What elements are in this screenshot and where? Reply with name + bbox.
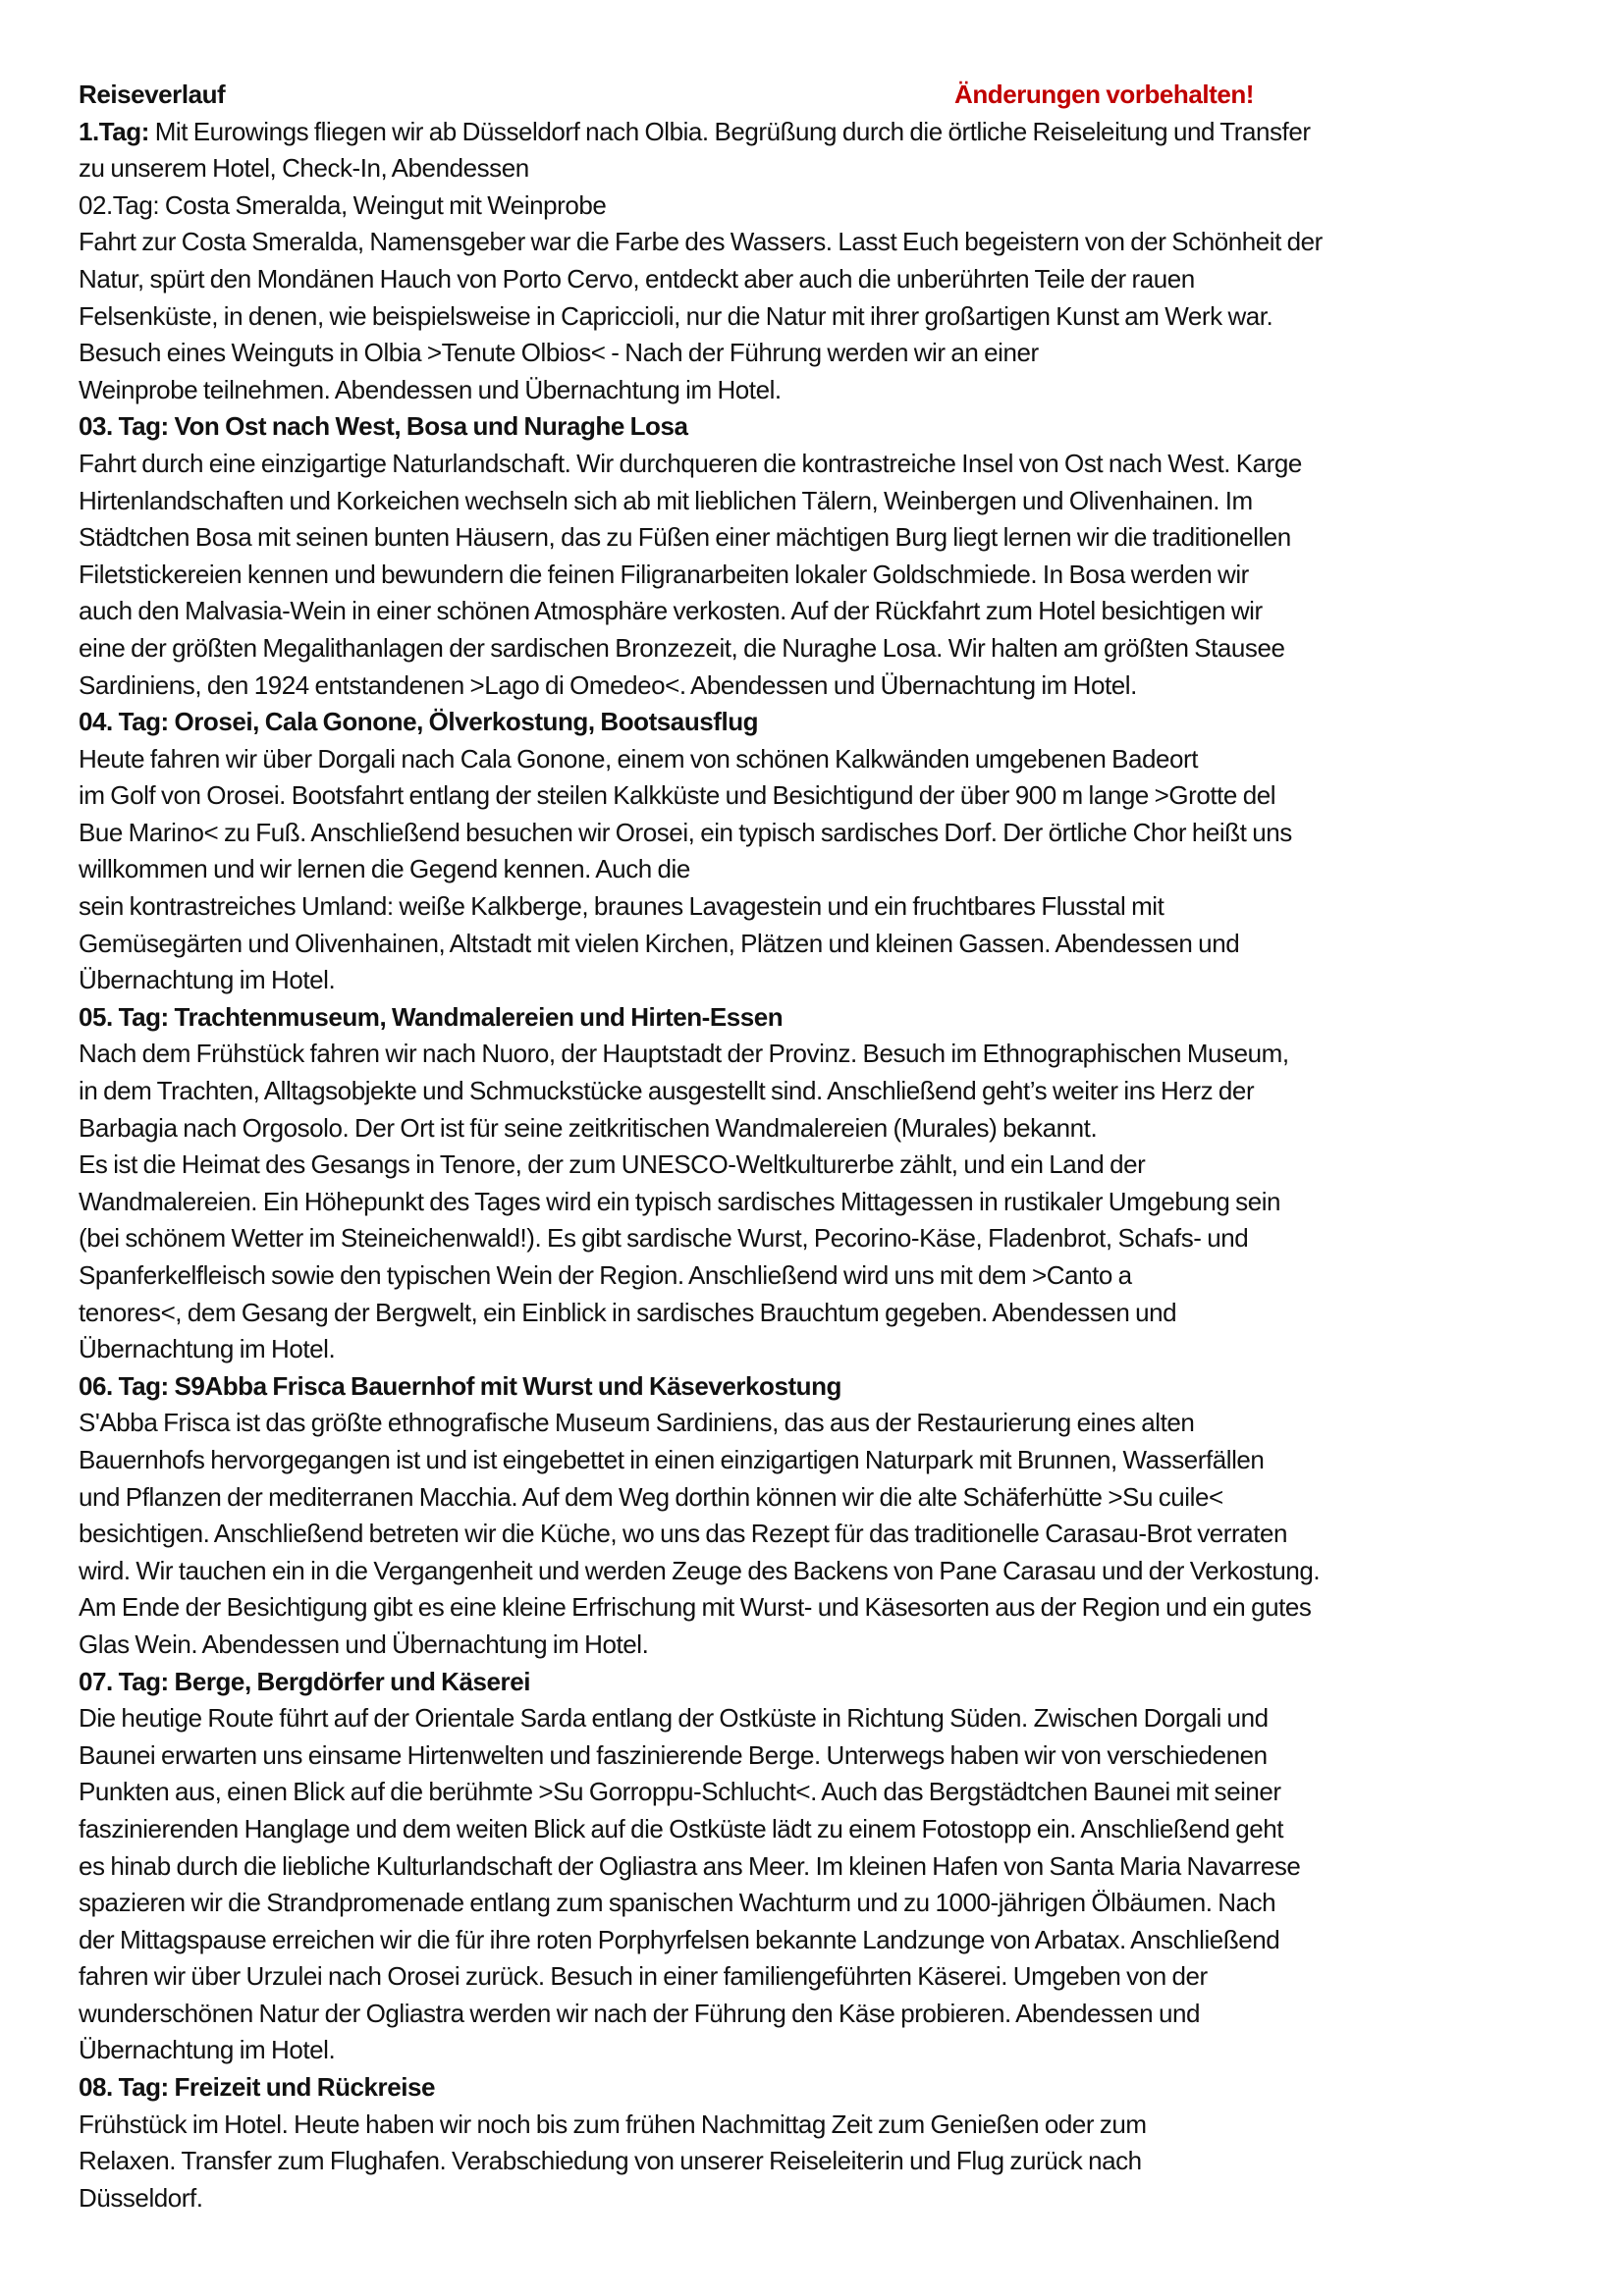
day-heading: 1.Tag:: [79, 117, 149, 146]
day-text-line: Gemüsegärten und Olivenhainen, Altstadt …: [79, 926, 1571, 963]
day-text: Übernachtung im Hotel.: [79, 1334, 335, 1363]
day-text: 02.Tag: Costa Smeralda, Weingut mit Wein…: [79, 190, 606, 220]
day-text-line: Übernachtung im Hotel.: [79, 2032, 1571, 2069]
day-text-line: Sardiniens, den 1924 entstandenen >Lago …: [79, 667, 1571, 705]
day-heading-line: 04. Tag: Orosei, Cala Gonone, Ölverkostu…: [79, 704, 1571, 741]
itinerary-document: Reiseverlauf Änderungen vorbehalten! 1.T…: [79, 77, 1571, 2216]
day-heading: 03. Tag: Von Ost nach West, Bosa und Nur…: [79, 411, 688, 441]
day-text: Punkten aus, einen Blick auf die berühmt…: [79, 1777, 1281, 1806]
day-heading: 07. Tag: Berge, Bergdörfer und Käserei: [79, 1667, 530, 1696]
day-text: Felsenküste, in denen, wie beispielsweis…: [79, 301, 1272, 331]
day-text-line: in dem Trachten, Alltagsobjekte und Schm…: [79, 1073, 1571, 1110]
day-text: in dem Trachten, Alltagsobjekte und Schm…: [79, 1076, 1254, 1105]
day-text-line: sein kontrastreiches Umland: weiße Kalkb…: [79, 888, 1571, 926]
day-text: auch den Malvasia-Wein in einer schönen …: [79, 596, 1263, 625]
day-heading: 08. Tag: Freizeit und Rückreise: [79, 2072, 435, 2102]
day-text-line: auch den Malvasia-Wein in einer schönen …: [79, 593, 1571, 630]
day-text: Fahrt zur Costa Smeralda, Namensgeber wa…: [79, 227, 1323, 256]
day-text: sein kontrastreiches Umland: weiße Kalkb…: [79, 891, 1164, 921]
day-text-line: eine der größten Megalithanlagen der sar…: [79, 630, 1571, 667]
day-text-line: Weinprobe teilnehmen. Abendessen und Übe…: [79, 372, 1571, 409]
day-text-line: Besuch eines Weinguts in Olbia >Tenute O…: [79, 335, 1571, 372]
day-section: 07. Tag: Berge, Bergdörfer und KäsereiDi…: [79, 1664, 1571, 2070]
day-text: (bei schönem Wetter im Steineichenwald!)…: [79, 1223, 1248, 1253]
day-text: Barbagia nach Orgosolo. Der Ort ist für …: [79, 1113, 1097, 1143]
day-text: eine der größten Megalithanlagen der sar…: [79, 633, 1284, 663]
day-text: Glas Wein. Abendessen und Übernachtung i…: [79, 1629, 648, 1659]
document-title: Reiseverlauf: [79, 80, 225, 109]
day-text: Natur, spürt den Mondänen Hauch von Port…: [79, 264, 1195, 294]
day-text-line: Nach dem Frühstück fahren wir nach Nuoro…: [79, 1036, 1571, 1073]
day-text: wunderschönen Natur der Ogliastra werden…: [79, 1999, 1200, 2028]
day-text: Städtchen Bosa mit seinen bunten Häusern…: [79, 522, 1291, 552]
day-text-line: fahren wir über Urzulei nach Orosei zurü…: [79, 1958, 1571, 1996]
day-text: Es ist die Heimat des Gesangs in Tenore,…: [79, 1149, 1145, 1179]
day-text-line: faszinierenden Hanglage und dem weiten B…: [79, 1811, 1571, 1848]
day-text-line: Übernachtung im Hotel.: [79, 962, 1571, 999]
day-heading-line: 1.Tag: Mit Eurowings fliegen wir ab Düss…: [79, 114, 1571, 151]
day-section: 02.Tag: Costa Smeralda, Weingut mit Wein…: [79, 187, 1571, 409]
day-text: besichtigen. Anschließend betreten wir d…: [79, 1519, 1287, 1548]
day-text-line: Spanferkelfleisch sowie den typischen We…: [79, 1257, 1571, 1295]
day-text-line: Filetstickereien kennen und bewundern di…: [79, 557, 1571, 594]
day-text: Fahrt durch eine einzigartige Naturlands…: [79, 449, 1302, 478]
day-text: faszinierenden Hanglage und dem weiten B…: [79, 1814, 1283, 1843]
day-text-line: Relaxen. Transfer zum Flughafen. Verabsc…: [79, 2143, 1571, 2180]
day-text-line: Frühstück im Hotel. Heute haben wir noch…: [79, 2107, 1571, 2144]
day-text: Spanferkelfleisch sowie den typischen We…: [79, 1260, 1132, 1290]
day-text-line: der Mittagspause erreichen wir die für i…: [79, 1922, 1571, 1959]
day-text: wird. Wir tauchen ein in die Vergangenhe…: [79, 1556, 1320, 1585]
day-text: Übernachtung im Hotel.: [79, 2035, 335, 2064]
day-text: Düsseldorf.: [79, 2183, 203, 2213]
day-text-line: S'Abba Frisca ist das größte ethnografis…: [79, 1405, 1571, 1442]
day-section: 05. Tag: Trachtenmuseum, Wandmalereien u…: [79, 999, 1571, 1368]
day-text-line: willkommen und wir lernen die Gegend ken…: [79, 851, 1571, 888]
day-text-line: Natur, spürt den Mondänen Hauch von Port…: [79, 261, 1571, 298]
day-text: Frühstück im Hotel. Heute haben wir noch…: [79, 2109, 1147, 2139]
day-text-line: Fahrt durch eine einzigartige Naturlands…: [79, 446, 1571, 483]
day-text: Nach dem Frühstück fahren wir nach Nuoro…: [79, 1039, 1289, 1068]
day-section: 1.Tag: Mit Eurowings fliegen wir ab Düss…: [79, 114, 1571, 187]
day-text-line: Hirtenlandschaften und Korkeichen wechse…: [79, 483, 1571, 520]
day-text: zu unserem Hotel, Check-In, Abendessen: [79, 153, 529, 183]
day-text: Übernachtung im Hotel.: [79, 965, 335, 994]
day-text-line: Die heutige Route führt auf der Oriental…: [79, 1700, 1571, 1737]
day-text-line: Es ist die Heimat des Gesangs in Tenore,…: [79, 1147, 1571, 1184]
day-text: Am Ende der Besichtigung gibt es eine kl…: [79, 1592, 1311, 1622]
day-text: Besuch eines Weinguts in Olbia >Tenute O…: [79, 338, 1039, 367]
day-section: 04. Tag: Orosei, Cala Gonone, Ölverkostu…: [79, 704, 1571, 999]
day-heading-line: 05. Tag: Trachtenmuseum, Wandmalereien u…: [79, 999, 1571, 1037]
changes-reserved-notice: Änderungen vorbehalten!: [954, 77, 1254, 114]
day-text-line: es hinab durch die liebliche Kulturlands…: [79, 1848, 1571, 1886]
day-text-line: besichtigen. Anschließend betreten wir d…: [79, 1516, 1571, 1553]
day-heading: 05. Tag: Trachtenmuseum, Wandmalereien u…: [79, 1002, 783, 1032]
day-text: der Mittagspause erreichen wir die für i…: [79, 1925, 1279, 1954]
day-section: 06. Tag: S9Abba Frisca Bauernhof mit Wur…: [79, 1368, 1571, 1664]
day-text: Sardiniens, den 1924 entstandenen >Lago …: [79, 670, 1137, 700]
day-text-line: spazieren wir die Strandpromenade entlan…: [79, 1885, 1571, 1922]
day-text-line: und Pflanzen der mediterranen Macchia. A…: [79, 1479, 1571, 1517]
day-section: 03. Tag: Von Ost nach West, Bosa und Nur…: [79, 408, 1571, 704]
day-text-line: Fahrt zur Costa Smeralda, Namensgeber wa…: [79, 224, 1571, 261]
day-text: und Pflanzen der mediterranen Macchia. A…: [79, 1482, 1223, 1512]
day-text-line: (bei schönem Wetter im Steineichenwald!)…: [79, 1220, 1571, 1257]
day-heading-line: 03. Tag: Von Ost nach West, Bosa und Nur…: [79, 408, 1571, 446]
day-text: S'Abba Frisca ist das größte ethnografis…: [79, 1408, 1194, 1437]
day-text-line: Bue Marino< zu Fuß. Anschließend besuche…: [79, 815, 1571, 852]
day-text: Heute fahren wir über Dorgali nach Cala …: [79, 744, 1198, 774]
day-list: 1.Tag: Mit Eurowings fliegen wir ab Düss…: [79, 114, 1571, 2217]
day-text: Gemüsegärten und Olivenhainen, Altstadt …: [79, 929, 1239, 958]
day-heading-line: 02.Tag: Costa Smeralda, Weingut mit Wein…: [79, 187, 1571, 225]
day-text: Bauernhofs hervorgegangen ist und ist ei…: [79, 1445, 1264, 1474]
day-text-line: tenores<, dem Gesang der Bergwelt, ein E…: [79, 1295, 1571, 1332]
day-text-line: Punkten aus, einen Blick auf die berühmt…: [79, 1774, 1571, 1811]
day-heading: 06. Tag: S9Abba Frisca Bauernhof mit Wur…: [79, 1371, 841, 1401]
day-heading-line: 06. Tag: S9Abba Frisca Bauernhof mit Wur…: [79, 1368, 1571, 1406]
day-text-line: Städtchen Bosa mit seinen bunten Häusern…: [79, 519, 1571, 557]
day-text-line: wunderschönen Natur der Ogliastra werden…: [79, 1996, 1571, 2033]
day-text-line: zu unserem Hotel, Check-In, Abendessen: [79, 150, 1571, 187]
day-text: Filetstickereien kennen und bewundern di…: [79, 560, 1249, 589]
day-text: spazieren wir die Strandpromenade entlan…: [79, 1888, 1275, 1917]
day-text-line: Baunei erwarten uns einsame Hirtenwelten…: [79, 1737, 1571, 1775]
header-row: Reiseverlauf Änderungen vorbehalten!: [79, 77, 1571, 114]
day-text-line: Barbagia nach Orgosolo. Der Ort ist für …: [79, 1110, 1571, 1148]
day-text: Weinprobe teilnehmen. Abendessen und Übe…: [79, 375, 782, 404]
day-text: Bue Marino< zu Fuß. Anschließend besuche…: [79, 818, 1292, 847]
day-text-line: Düsseldorf.: [79, 2180, 1571, 2217]
day-text: Relaxen. Transfer zum Flughafen. Verabsc…: [79, 2146, 1142, 2175]
day-text-line: wird. Wir tauchen ein in die Vergangenhe…: [79, 1553, 1571, 1590]
day-text: Die heutige Route führt auf der Oriental…: [79, 1703, 1269, 1733]
day-text-line: Felsenküste, in denen, wie beispielsweis…: [79, 298, 1571, 336]
day-text-line: Übernachtung im Hotel.: [79, 1331, 1571, 1368]
day-heading-line: 08. Tag: Freizeit und Rückreise: [79, 2069, 1571, 2107]
day-text-line: Wandmalereien. Ein Höhepunkt des Tages w…: [79, 1184, 1571, 1221]
day-text-line: Am Ende der Besichtigung gibt es eine kl…: [79, 1589, 1571, 1627]
day-text: Hirtenlandschaften und Korkeichen wechse…: [79, 486, 1253, 515]
day-text: fahren wir über Urzulei nach Orosei zurü…: [79, 1961, 1208, 1991]
day-text: willkommen und wir lernen die Gegend ken…: [79, 854, 690, 883]
day-text-line: Heute fahren wir über Dorgali nach Cala …: [79, 741, 1571, 778]
day-text: im Golf von Orosei. Bootsfahrt entlang d…: [79, 780, 1275, 810]
day-text-line: im Golf von Orosei. Bootsfahrt entlang d…: [79, 777, 1571, 815]
day-text: es hinab durch die liebliche Kulturlands…: [79, 1851, 1300, 1881]
day-heading: 04. Tag: Orosei, Cala Gonone, Ölverkostu…: [79, 707, 758, 736]
day-text: Mit Eurowings fliegen wir ab Düsseldorf …: [149, 117, 1311, 146]
day-section: 08. Tag: Freizeit und RückreiseFrühstück…: [79, 2069, 1571, 2216]
day-heading-line: 07. Tag: Berge, Bergdörfer und Käserei: [79, 1664, 1571, 1701]
day-text: Wandmalereien. Ein Höhepunkt des Tages w…: [79, 1187, 1280, 1216]
day-text-line: Bauernhofs hervorgegangen ist und ist ei…: [79, 1442, 1571, 1479]
day-text: Baunei erwarten uns einsame Hirtenwelten…: [79, 1740, 1268, 1770]
day-text-line: Glas Wein. Abendessen und Übernachtung i…: [79, 1627, 1571, 1664]
day-text: tenores<, dem Gesang der Bergwelt, ein E…: [79, 1298, 1176, 1327]
